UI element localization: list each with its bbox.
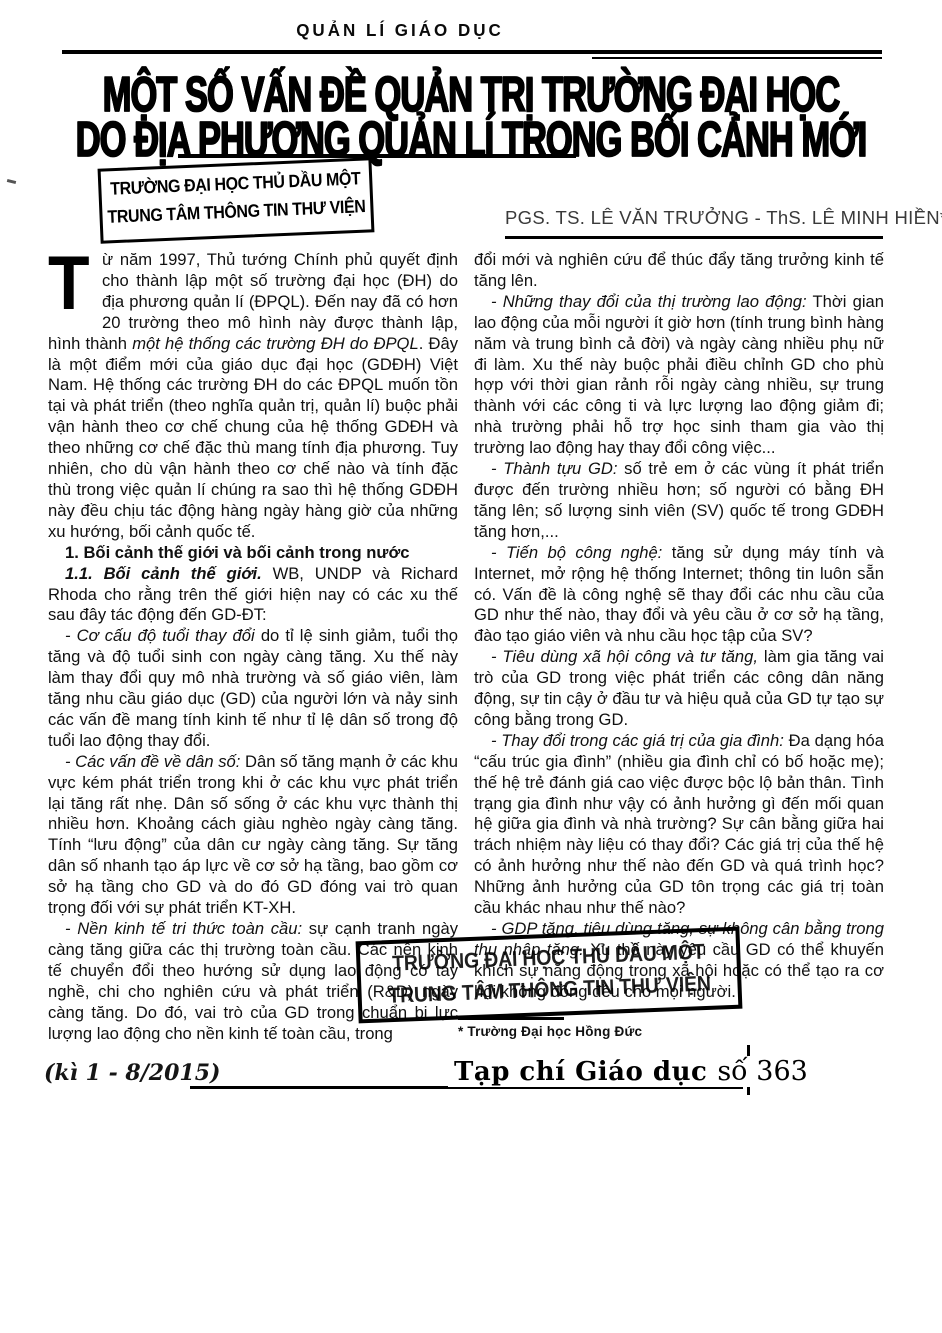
footer-issue-label: (kì 1 - 8/2015) [44,1060,220,1086]
text-segment: - Các vấn đề về dân số: [65,752,240,771]
header-rule-secondary [592,57,882,59]
footer-journal-block: Tạp chí Giáo dụcsố 363 [448,1056,814,1087]
subsection-paragraph: 1.1. Bối cảnh thế giới. WB, UNDP và Rich… [48,564,458,627]
text-segment: - Cơ cấu độ tuổi thay đổi [65,626,255,645]
opening-paragraph: Từ năm 1997, Thủ tướng Chính phủ quyết đ… [48,250,458,543]
journal-page: QUẢN LÍ GIÁO DỤC MỘT SỐ VẤN ĐỀ QUẢN TRỊ … [0,0,942,1333]
title-underline [178,154,576,158]
right-column: đổi mới và nghiên cứu để thúc đẩy tăng t… [474,250,884,1044]
bullet-paragraph: - Các vấn đề về dân số: Dân số tăng mạnh… [48,752,458,919]
library-stamp-top: TRƯỜNG ĐẠI HỌC THỦ DẦU MỘT TRUNG TÂM THÔ… [98,157,375,243]
author-rule [505,236,883,239]
bullet-paragraph: - Thay đổi trong các giá trị của gia đìn… [474,731,884,919]
continuation-paragraph: đổi mới và nghiên cứu để thúc đẩy tăng t… [474,250,884,292]
bullet-paragraph: - Thành tựu GD: số trẻ em ở các vùng ít … [474,459,884,543]
text-segment: - Nền kinh tế tri thức toàn cầu: [65,919,302,938]
header-rule [62,50,882,54]
left-column: Từ năm 1997, Thủ tướng Chính phủ quyết đ… [48,250,458,1044]
section-heading: 1. Bối cảnh thế giới và bối cảnh trong n… [48,543,458,564]
bullet-paragraph: - GDP tăng, tiêu dùng tăng, sự không cân… [474,919,884,1003]
journal-name: Tạp chí Giáo dục [454,1057,707,1087]
bullet-paragraph: - Cơ cấu độ tuổi thay đổi do tỉ lệ sinh … [48,626,458,751]
text-segment: - Thay đổi trong các giá trị của gia đìn… [491,731,784,750]
journal-issue-number: số 363 [717,1056,808,1087]
bullet-paragraph: - Nền kinh tế tri thức toàn cầu: sự cạnh… [48,919,458,1044]
text-segment: - Tiêu dùng xã hội công và tư tăng, [491,647,758,666]
text-segment: - Thành tựu GD: [491,459,617,478]
scan-mark [7,179,16,184]
footnote-affiliation: * Trường Đại học Hồng Đức [458,1024,642,1039]
text-segment: - Tiến bộ công nghệ: [491,543,662,562]
article-title-line2: DO ĐỊA PHƯƠNG QUẢN LÍ TRONG BỐI CẢNH MỚI [33,112,909,167]
bullet-paragraph: - Tiêu dùng xã hội công và tư tăng, làm … [474,647,884,731]
section-kicker: QUẢN LÍ GIÁO DỤC [60,21,740,42]
dropcap: T [48,254,96,321]
text-segment: Đa dạng hóa “cấu trúc gia đình” (nhiều g… [474,731,884,917]
text-segment: - Những thay đổi của thị trường lao động… [491,292,807,311]
text-segment: 1.1. Bối cảnh thế giới. [65,564,262,583]
bullet-paragraph: - Tiến bộ công nghệ: tăng sử dụng máy tí… [474,543,884,648]
text-segment: 1. Bối cảnh thế giới và bối cảnh trong n… [65,543,409,562]
text-segment: đổi mới và nghiên cứu để thúc đẩy tăng t… [474,250,884,290]
footnote-rule [458,1017,564,1020]
text-segment: . Đây là một điểm mới của giáo dục đại h… [48,334,458,541]
text-segment: Dân số tăng mạnh ở các khu vực kém phát … [48,752,458,917]
bullet-paragraph: - Những thay đổi của thị trường lao động… [474,292,884,459]
text-segment: một hệ thống các trường ĐH do ĐPQL [132,334,419,353]
author-byline: PGS. TS. LÊ VĂN TRƯỞNG - ThS. LÊ MINH HI… [505,207,885,229]
text-segment: Thời gian lao động của mỗi người ít giờ … [474,292,884,457]
article-body: Từ năm 1997, Thủ tướng Chính phủ quyết đ… [48,250,884,1044]
